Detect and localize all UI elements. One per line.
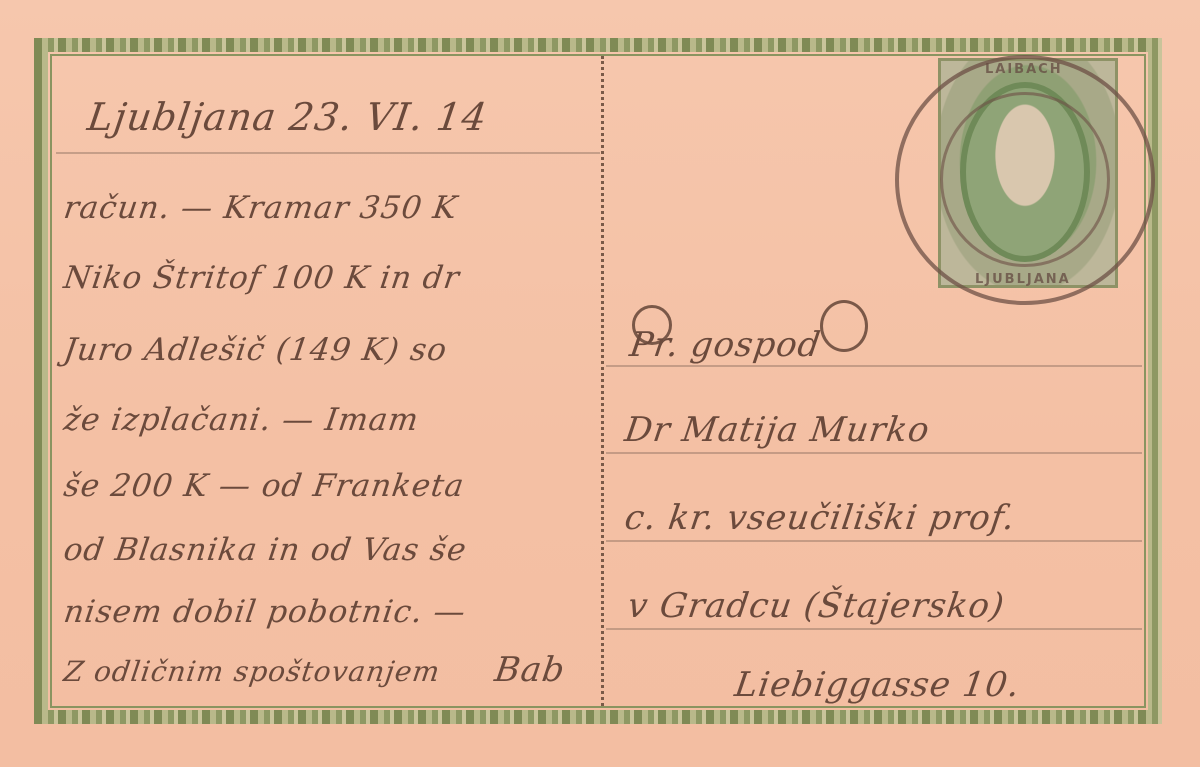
ruled-line [606,628,1142,630]
dotted-divider [601,56,604,706]
message-line: že izplačani. — Imam [61,402,421,438]
message-line: Juro Adlešič (149 K) so [61,332,449,368]
message-line: še 200 K — od Franketa [61,468,466,504]
postmark-text-top: LAIBACH [985,62,1063,77]
ruled-line [606,365,1142,367]
postmark-inner-circle [940,92,1110,267]
address-line-name: Dr Matija Murko [622,410,932,450]
postcard: Ljubljana 23. VI. 14 račun. — Kramar 350… [0,0,1200,767]
message-line: nisem dobil pobotnic. — [61,594,468,630]
message-line: od Blasnika in od Vas še [61,532,469,568]
message-line: Niko Štritof 100 K in dr [61,260,462,296]
address-line-city: v Gradcu (Štajersko) [625,586,1007,626]
postmark-text-bottom: LJUBLJANA [975,272,1071,287]
address-line-street: Liebiggasse 10. [732,665,1023,705]
message-line-date: Ljubljana 23. VI. 14 [85,95,490,139]
message-line: račun. — Kramar 350 K [61,190,459,226]
ruled-line [606,452,1142,454]
signature: Bab [492,650,568,690]
message-line-closing: Z odličnim spoštovanjem [62,655,443,688]
ruled-line [56,152,600,154]
address-line-salutation: Pr. gospod [627,325,823,365]
ruled-line [606,540,1142,542]
flourish-ornament [820,300,868,352]
address-line-title: c. kr. vseučiliški prof. [622,498,1018,538]
